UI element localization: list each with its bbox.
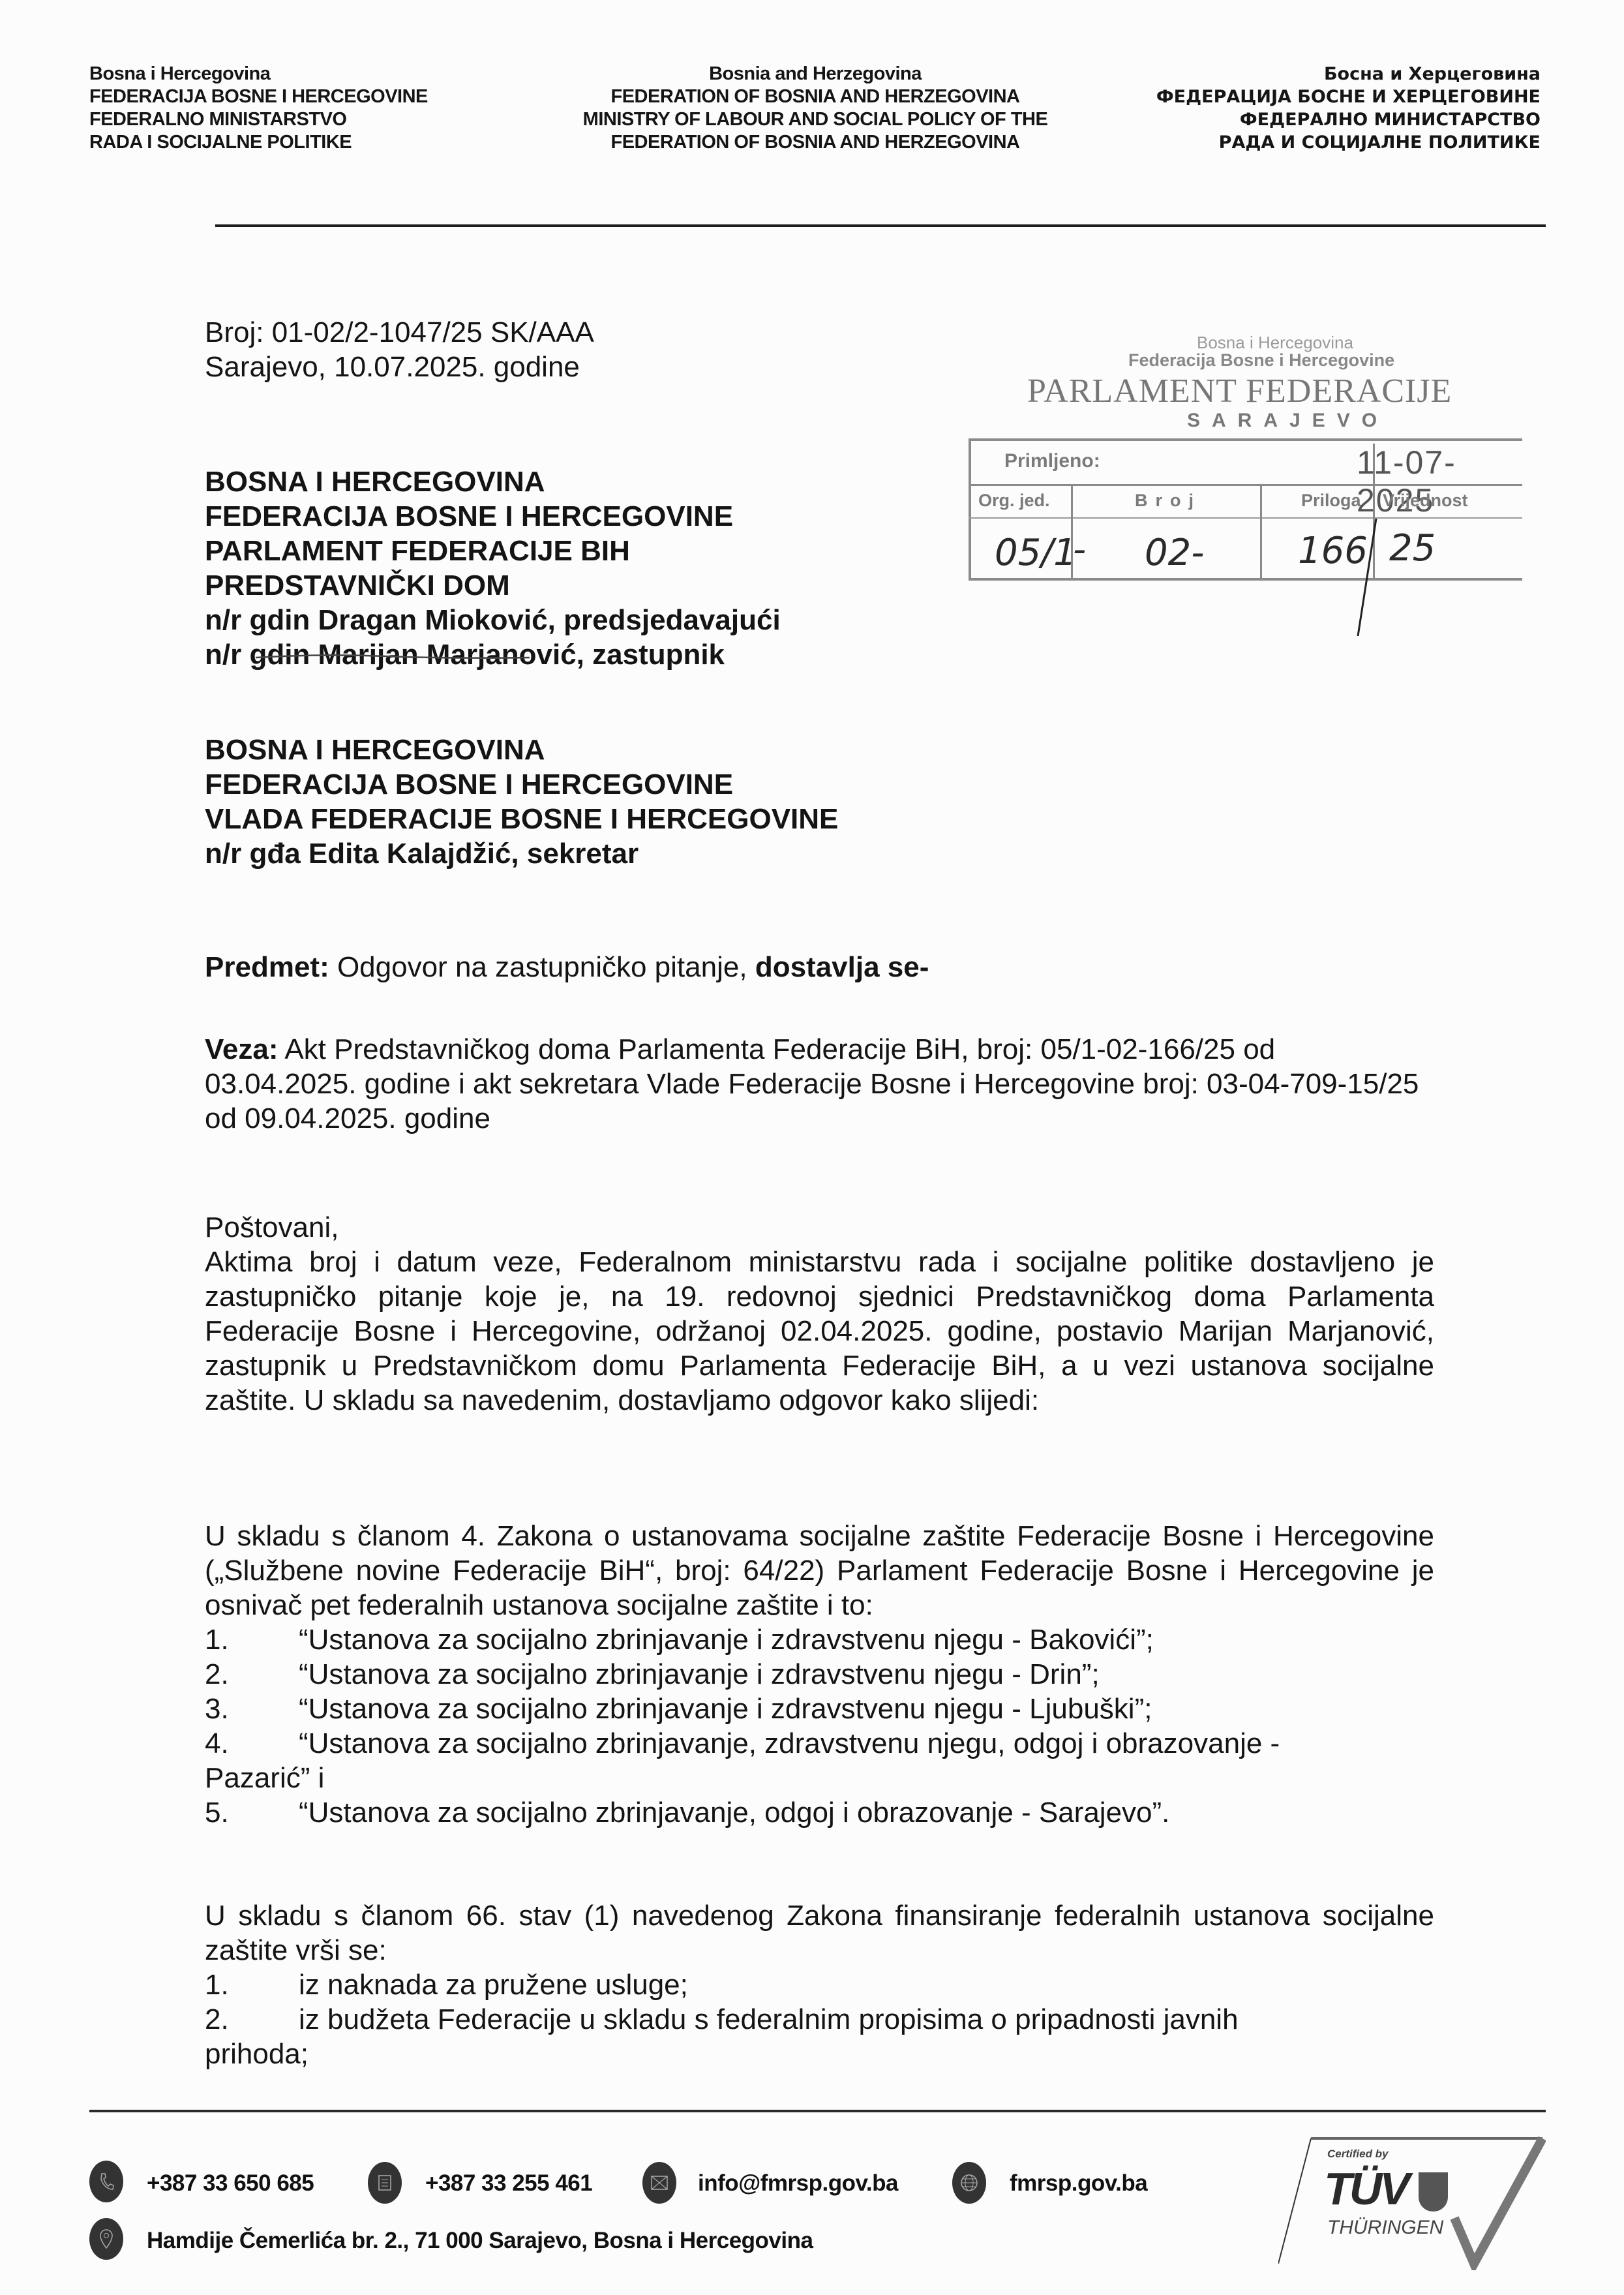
recipient-line: BOSNA I HERCEGOVINA <box>205 464 987 499</box>
connection-text: Akt Predstavničkog doma Parlamenta Feder… <box>205 1033 1419 1134</box>
paragraph-institutions: U skladu s članom 4. Zakona o ustanovama… <box>205 1519 1434 1830</box>
stamp-handwritten-slash <box>1350 519 1389 636</box>
connection-label: Veza: <box>205 1033 278 1065</box>
phone-icon <box>89 2161 123 2202</box>
list-item: 2. iz budžeta Federacije u skladu s fede… <box>205 2002 1434 2037</box>
stamp-col-priloga: Priloga <box>1301 491 1361 511</box>
connection-block: Veza: Akt Predstavničkog doma Parlamenta… <box>205 1032 1434 1136</box>
tuv-brand: TÜV <box>1324 2166 1407 2211</box>
list-number: 5. <box>205 1795 299 1830</box>
letterhead-line: Босна и Херцеговина <box>1156 63 1541 85</box>
list-item: 1. “Ustanova za socijalno zbrinjavanje i… <box>205 1622 1434 1657</box>
stamp-col-org: Org. jed. <box>978 491 1050 511</box>
list-number: 2. <box>205 2002 299 2037</box>
list-text: “Ustanova za socijalno zbrinjavanje i zd… <box>299 1692 1434 1726</box>
reference-block: Broj: 01-02/2-1047/25 SK/AAA Sarajevo, 1… <box>205 315 594 384</box>
document-page: Bosna i Hercegovina FEDERACIJA BOSNE I H… <box>0 0 1624 2295</box>
footer-fax[interactable]: +387 33 255 461 <box>425 2170 592 2196</box>
globe-icon <box>952 2162 986 2204</box>
reference-number: Broj: 01-02/2-1047/25 SK/AAA <box>205 315 594 350</box>
stamp-divider <box>1260 484 1262 578</box>
paragraph-text: U skladu s članom 66. stav (1) navedenog… <box>205 1898 1434 1968</box>
reference-place-date: Sarajevo, 10.07.2025. godine <box>205 350 594 384</box>
stamp-handwritten-org: 05/1 <box>995 532 1077 574</box>
stamp-received-label: Primljeno: <box>1004 450 1100 472</box>
tuv-region: THÜRINGEN <box>1327 2217 1443 2239</box>
list-item: 4. “Ustanova za socijalno zbrinjavanje, … <box>205 1726 1434 1761</box>
list-item: 5. “Ustanova za socijalno zbrinjavanje, … <box>205 1795 1434 1830</box>
paragraph-text: U skladu s članom 4. Zakona o ustanovama… <box>205 1519 1434 1622</box>
list-number: 4. <box>205 1726 299 1761</box>
recipient-line: BOSNA I HERCEGOVINA <box>205 733 987 767</box>
letterhead-cyrillic: Босна и Херцеговина ФЕДЕРАЦИЈА БОСНЕ И Х… <box>1156 63 1541 154</box>
tuv-certification-logo: Certified by TÜV THÜRINGEN <box>1278 2133 1546 2270</box>
recipient-line: FEDERACIJA BOSNE I HERCEGOVINE <box>205 767 987 802</box>
paragraph-financing: U skladu s članom 66. stav (1) navedenog… <box>205 1898 1434 2071</box>
list-text: “Ustanova za socijalno zbrinjavanje i zd… <box>299 1657 1434 1692</box>
list-number: 1. <box>205 1622 299 1657</box>
stamp-line: Federacija Bosne i Hercegovine <box>1128 350 1394 371</box>
letterhead-line: FEDERALNO MINISTARSTVO <box>89 108 428 131</box>
list-text: “Ustanova za socijalno zbrinjavanje i zd… <box>299 1622 1434 1657</box>
paragraph-intro: Aktima broj i datum veze, Federalnom min… <box>205 1245 1434 1418</box>
recipient-line: PARLAMENT FEDERACIJE BIH <box>205 534 987 568</box>
recipient-line: FEDERACIJA BOSNE I HERCEGOVINE <box>205 499 987 534</box>
footer-phone[interactable]: +387 33 650 685 <box>147 2170 314 2196</box>
recipient-attention: n/r gđa Edita Kalajdžić, sekretar <box>205 836 987 871</box>
list-item: 2. “Ustanova za socijalno zbrinjavanje i… <box>205 1657 1434 1692</box>
list-text: iz naknada za pružene usluge; <box>299 1968 1434 2002</box>
fax-icon <box>368 2162 402 2204</box>
letterhead-line: ФЕДЕРАЦИЈА БОСНЕ И ХЕРЦЕГОВИНЕ <box>1156 85 1541 108</box>
stamp-handwritten-vrijednost: 25 <box>1389 527 1436 570</box>
letterhead-line: Bosnia and Herzegovina <box>522 63 1109 85</box>
list-item: 1. iz naknada za pružene usluge; <box>205 1968 1434 2002</box>
letterhead-line: FEDERATION OF BOSNIA AND HERZEGOVINA <box>522 131 1109 154</box>
list-number: 2. <box>205 1657 299 1692</box>
tuv-certified-by: Certified by <box>1327 2148 1389 2161</box>
stamp-handwritten-dash: - <box>1073 528 1086 571</box>
letterhead-line: FEDERATION OF BOSNIA AND HERZEGOVINA <box>522 85 1109 108</box>
recipient-attention: n/r gdin Dragan Mioković, predsjedavajuć… <box>205 603 987 637</box>
letterhead-line: Bosna i Hercegovina <box>89 63 428 85</box>
header-divider <box>215 224 1546 227</box>
recipient-government: BOSNA I HERCEGOVINA FEDERACIJA BOSNE I H… <box>205 733 987 871</box>
letterhead-line: РАДА И СОЦИЈАЛНЕ ПОЛИТИКЕ <box>1156 131 1541 154</box>
list-number: 3. <box>205 1692 299 1726</box>
stamp-handwritten-broj: 02- <box>1145 532 1204 574</box>
subject-tail: dostavlja se- <box>755 951 929 983</box>
location-pin-icon <box>89 2218 123 2260</box>
recipient-parliament: BOSNA I HERCEGOVINA FEDERACIJA BOSNE I H… <box>205 464 987 672</box>
received-stamp: Bosna i Hercegovina Federacija Bosne i H… <box>965 320 1533 633</box>
list-item: 3. “Ustanova za socijalno zbrinjavanje i… <box>205 1692 1434 1726</box>
list-text: iz budžeta Federacije u skladu s federal… <box>299 2002 1434 2037</box>
footer-website[interactable]: fmrsp.gov.ba <box>1010 2170 1147 2196</box>
list-text: “Ustanova za socijalno zbrinjavanje, zdr… <box>299 1726 1434 1761</box>
subject-text: Odgovor na zastupničko pitanje, <box>337 951 747 983</box>
list-text-continuation: Pazarić” i <box>205 1761 1434 1795</box>
footer-email[interactable]: info@fmrsp.gov.ba <box>698 2170 898 2196</box>
stamp-col-vrijednost: Vrijednost <box>1383 491 1468 511</box>
stamp-title: PARLAMENT FEDERACIJE <box>1027 372 1452 410</box>
subject-label: Predmet: <box>205 951 329 983</box>
mail-icon <box>642 2162 676 2204</box>
letterhead-line: FEDERACIJA BOSNE I HERCEGOVINE <box>89 85 428 108</box>
letterhead-bosnian: Bosna i Hercegovina FEDERACIJA BOSNE I H… <box>89 63 428 154</box>
footer-address: Hamdije Čemerlića br. 2., 71 000 Sarajev… <box>147 2228 813 2254</box>
letterhead-line: RADA I SOCIJALNE POLITIKE <box>89 131 428 154</box>
letterhead-english: Bosnia and Herzegovina FEDERATION OF BOS… <box>522 63 1109 154</box>
subject-line: Predmet: Odgovor na zastupničko pitanje,… <box>205 950 929 984</box>
greeting: Poštovani, <box>205 1210 1434 1245</box>
list-text: “Ustanova za socijalno zbrinjavanje, odg… <box>299 1795 1434 1830</box>
list-text-continuation: prihoda; <box>205 2037 1434 2071</box>
stamp-city: SARAJEVO <box>1187 410 1389 432</box>
letterhead-line: ФЕДЕРАЛНО МИНИСТАРСТВО <box>1156 108 1541 131</box>
stamp-col-broj: Broj <box>1135 491 1201 511</box>
thuringia-crest-icon <box>1419 2172 1448 2211</box>
recipient-line: VLADA FEDERACIJE BOSNE I HERCEGOVINE <box>205 802 987 836</box>
footer-divider <box>89 2110 1546 2112</box>
recipient-line: PREDSTAVNIČKI DOM <box>205 568 987 603</box>
letterhead-line: MINISTRY OF LABOUR AND SOCIAL POLICY OF … <box>522 108 1109 131</box>
list-number: 1. <box>205 1968 299 2002</box>
handwritten-underline <box>256 652 530 661</box>
